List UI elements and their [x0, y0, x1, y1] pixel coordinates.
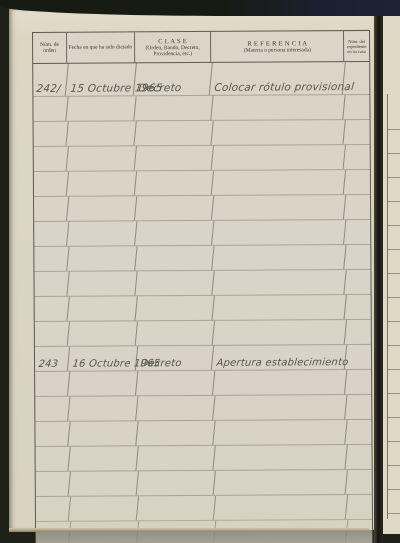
cell-referencia [212, 220, 347, 245]
table-row [33, 95, 369, 122]
cell-fecha [68, 446, 138, 470]
header-num-expediente-label: Núm. del expediente en su caso [345, 38, 368, 53]
cell-fecha [66, 146, 136, 170]
cell-expediente [346, 495, 373, 519]
cell-referencia [211, 120, 346, 145]
header-clase-sub: (Orden, Bando, Decreto, Providencia, etc… [136, 44, 210, 56]
cell-expediente [345, 370, 372, 394]
cell-fecha [68, 471, 138, 495]
cell-expediente [344, 220, 371, 244]
ledger-page: Núm. de orden Fecha en que ha sido dicta… [9, 7, 374, 530]
cell-num [34, 397, 70, 421]
cell-num: 242/ [32, 64, 69, 96]
table-row [36, 445, 372, 472]
cell-expediente [345, 420, 372, 444]
cell-clase [135, 196, 214, 220]
cell-fecha [66, 121, 136, 145]
cell-referencia: Apertura establecimiento [212, 345, 347, 370]
table-row [36, 470, 372, 497]
cell-clase [135, 271, 214, 295]
cell-expediente [346, 470, 373, 494]
cell-fecha [68, 421, 138, 445]
cell-fecha [68, 396, 138, 420]
table-row [34, 145, 370, 172]
table-body: 242/15 Octubre 1965DecretoColocar rótulo… [33, 62, 372, 543]
table-row [34, 270, 370, 297]
cell-clase: Decreto [136, 346, 215, 370]
cell-fecha [67, 221, 137, 245]
cell-num [35, 472, 71, 496]
cell-num [35, 522, 71, 543]
table-row [35, 420, 371, 447]
header-referencia-sub: (Materia o persona interesada) [244, 47, 311, 53]
header-num-orden-label: Núm. de orden [34, 42, 65, 54]
table-row [35, 295, 371, 322]
cell-expediente [344, 145, 371, 169]
cell-expediente [345, 345, 372, 369]
cell-clase [136, 446, 215, 470]
cell-referencia [213, 420, 348, 445]
cell-referencia [212, 370, 347, 395]
header-num-orden: Núm. de orden [33, 33, 67, 63]
cell-expediente [344, 245, 371, 269]
cell-expediente [344, 270, 371, 294]
cell-referencia [212, 295, 347, 320]
cell-referencia [211, 170, 346, 195]
cell-referencia [213, 445, 348, 470]
header-referencia: R E F E R E N C I A (Materia o persona i… [211, 31, 344, 62]
table-row [34, 245, 370, 272]
book-binding-gap [374, 0, 383, 543]
cell-referencia [212, 245, 347, 270]
cell-fecha [69, 496, 139, 520]
table-row [36, 495, 372, 522]
cell-clase [135, 296, 214, 320]
cell-fecha [67, 246, 137, 270]
cell-fecha [66, 96, 136, 120]
header-fecha-label: Fecha en que ha sido dictado [69, 44, 133, 50]
table-row [34, 220, 370, 247]
cell-clase [135, 221, 214, 245]
header-clase: C L A S E (Orden, Bando, Decreto, Provid… [135, 32, 212, 62]
table-row [35, 395, 371, 422]
cell-fecha [68, 371, 138, 395]
cell-num [34, 322, 70, 346]
cell-clase [135, 321, 214, 345]
cell-fecha [67, 271, 137, 295]
table-header-row: Núm. de orden Fecha en que ha sido dicta… [33, 31, 369, 64]
cell-num [35, 497, 71, 521]
cell-num [32, 122, 68, 146]
table-row [35, 370, 371, 397]
cell-num [34, 422, 70, 446]
scanned-book-photo: Núm. de orden Fecha en que ha sido dicta… [0, 0, 400, 543]
cell-num [34, 297, 70, 321]
cell-expediente [343, 62, 371, 94]
cell-referencia [211, 95, 346, 120]
cell-clase [136, 421, 215, 445]
cell-fecha [67, 171, 137, 195]
table-row [34, 170, 370, 197]
next-page-row-lines [388, 106, 400, 518]
cell-referencia [211, 145, 346, 170]
cell-fecha [67, 296, 137, 320]
cell-expediente [343, 120, 370, 144]
cell-clase [136, 496, 215, 520]
cell-num [34, 447, 70, 471]
next-page-edge [383, 14, 400, 534]
cell-clase [136, 471, 215, 495]
cell-referencia [213, 395, 348, 420]
cell-expediente [345, 395, 372, 419]
cell-num [33, 247, 69, 271]
cell-num [34, 372, 70, 396]
cell-num [32, 97, 68, 121]
cell-clase [134, 96, 213, 120]
table-row [34, 195, 370, 222]
cell-fecha [68, 321, 138, 345]
decree-register-table: Núm. de orden Fecha en que ha sido dicta… [32, 30, 373, 543]
cell-expediente [343, 95, 370, 119]
cell-num [33, 272, 69, 296]
page-stack-edge [9, 528, 369, 532]
cell-clase [135, 246, 214, 270]
cell-referencia [212, 320, 347, 345]
cell-referencia [212, 270, 347, 295]
header-fecha: Fecha en que ha sido dictado [67, 32, 135, 62]
cell-fecha: 16 Octubre 1965 [68, 346, 138, 370]
cell-expediente [345, 445, 372, 469]
cell-fecha [69, 521, 139, 543]
cell-num [33, 222, 69, 246]
cell-clase [136, 396, 215, 420]
cell-clase: Decreto [133, 63, 213, 95]
cell-num: 243 [34, 347, 70, 371]
cell-expediente [344, 170, 371, 194]
cell-clase [136, 371, 215, 395]
cell-referencia [211, 195, 346, 220]
cell-referencia [213, 495, 348, 520]
cell-num [33, 172, 69, 196]
cell-num [33, 147, 69, 171]
cell-clase [134, 171, 213, 195]
table-row [34, 120, 370, 147]
table-row: 242/15 Octubre 1965DecretoColocar rótulo… [33, 62, 369, 97]
cell-fecha: 15 Octubre 1965 [65, 63, 136, 95]
cell-fecha [67, 196, 137, 220]
header-num-expediente: Núm. del expediente en su caso [344, 31, 369, 61]
cell-clase [134, 146, 213, 170]
cell-referencia [213, 470, 348, 495]
cell-num [33, 197, 69, 221]
cell-referencia: Colocar rótulo provisional [210, 62, 346, 95]
table-row: 24316 Octubre 1965DecretoApertura establ… [35, 345, 371, 372]
cell-clase [134, 121, 213, 145]
table-row [35, 320, 371, 347]
cell-expediente [344, 195, 371, 219]
cell-expediente [345, 295, 372, 319]
cell-expediente [345, 320, 372, 344]
